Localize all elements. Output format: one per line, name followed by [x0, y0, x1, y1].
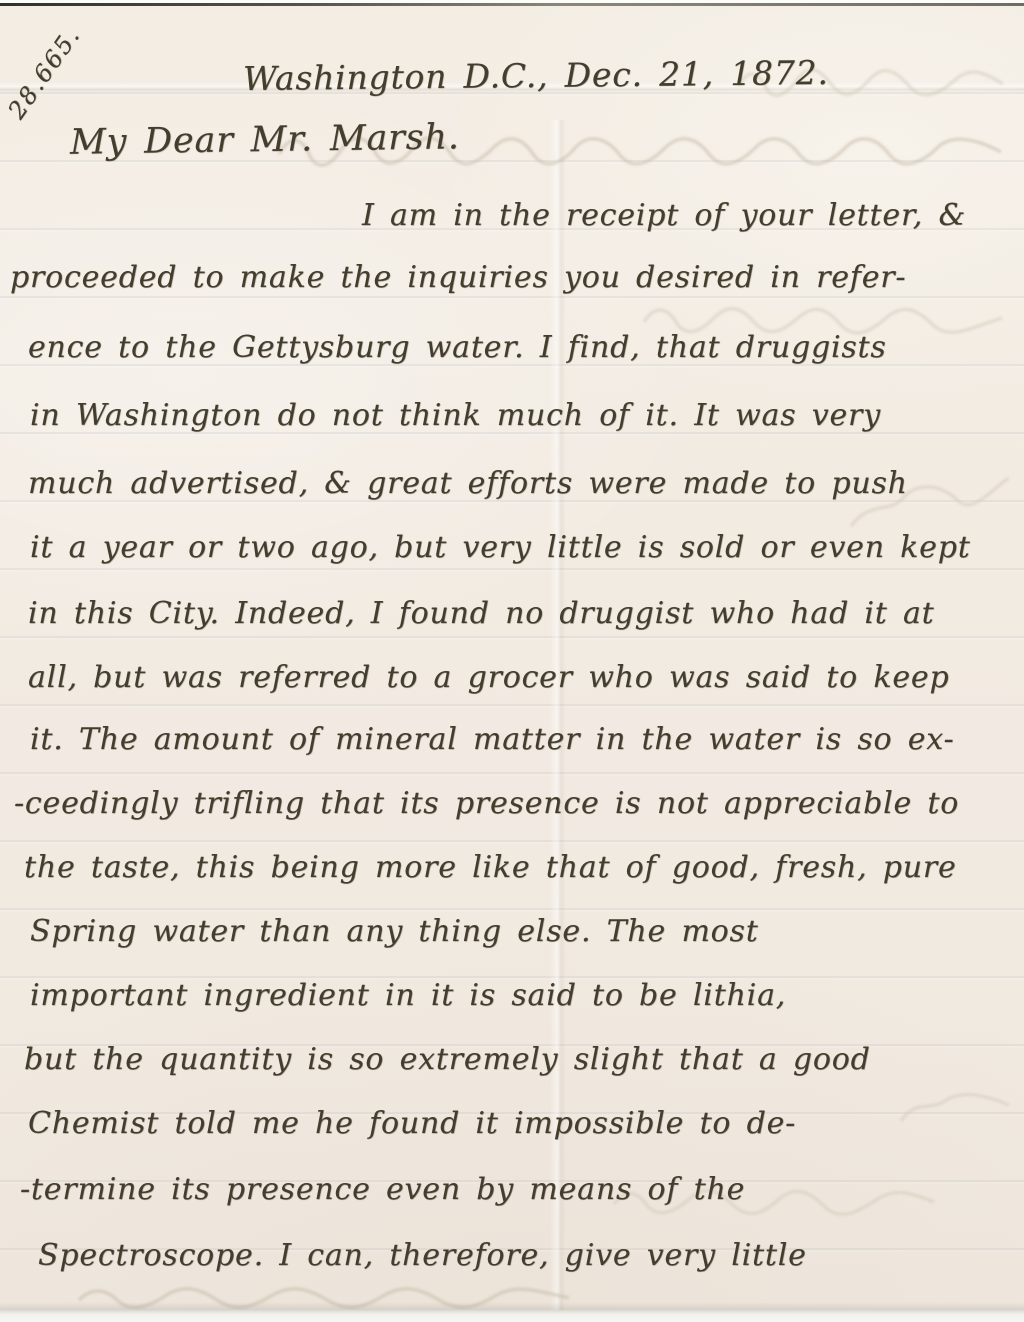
- letter-line: ence to the Gettysburg water. I find, th…: [28, 330, 887, 365]
- letter-line: it. The amount of mineral matter in the …: [30, 722, 954, 757]
- letter-line: important ingredient in it is said to be…: [30, 978, 786, 1013]
- letter-line: -termine its presence even by means of t…: [20, 1172, 745, 1207]
- letter-line: I am in the receipt of your letter, &: [362, 198, 966, 233]
- letter-line: in Washington do not think much of it. I…: [30, 398, 881, 433]
- catalog-number: 28.665.: [3, 21, 87, 124]
- salutation: My Dear Mr. Marsh.: [70, 117, 460, 162]
- letter-line: in this City. Indeed, I found no druggis…: [28, 596, 935, 631]
- vertical-fold-crease: [550, 120, 566, 1322]
- letter-line: proceeded to make the inquiries you desi…: [10, 260, 906, 295]
- letter-line: -ceedingly trifling that its presence is…: [14, 786, 959, 821]
- paper-bottom-shadow: [0, 1302, 1024, 1310]
- letter-scan: 28.665. Washington D.C., Dec. 21, 1872. …: [0, 0, 1024, 1322]
- letter-line: but the quantity is so extremely slight …: [24, 1042, 871, 1077]
- letter-line: all, but was referred to a grocer who wa…: [28, 660, 949, 695]
- letter-line: the taste, this being more like that of …: [24, 850, 957, 885]
- letter-line: Chemist told me he found it impossible t…: [28, 1106, 796, 1141]
- letter-line: much advertised, & great efforts were ma…: [28, 466, 908, 501]
- dateline: Washington D.C., Dec. 21, 1872.: [243, 53, 829, 98]
- letter-line: it a year or two ago, but very little is…: [30, 530, 971, 565]
- letter-line: Spectroscope. I can, therefore, give ver…: [38, 1238, 807, 1273]
- scan-edge-bottom: [0, 1310, 1024, 1322]
- scan-edge-top-line: [0, 3, 1024, 6]
- letter-line: Spring water than any thing else. The mo…: [30, 914, 759, 949]
- bleed-through-mark: [895, 1085, 1015, 1135]
